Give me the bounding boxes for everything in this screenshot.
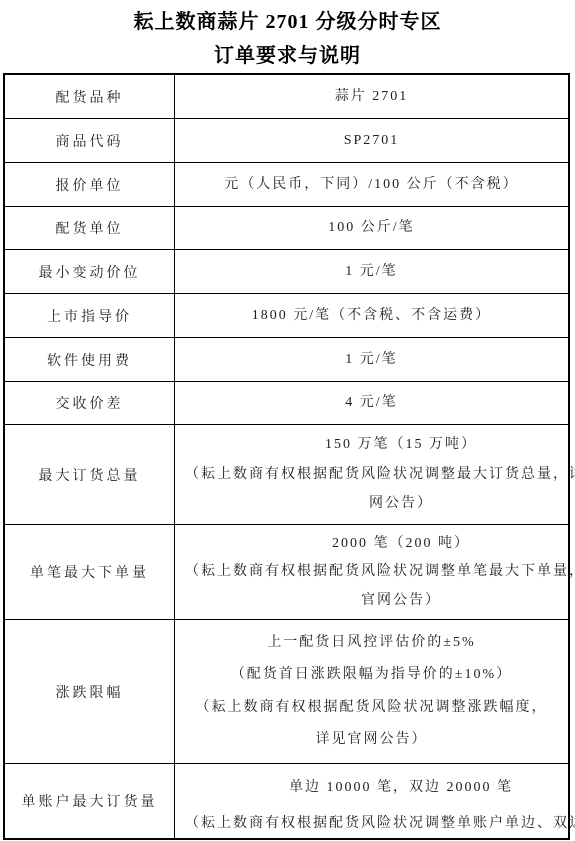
value-line: （配货首日涨跌限幅为指导价的±10%） bbox=[231, 665, 512, 685]
table-row: 软件使用费1 元/笔 bbox=[5, 338, 568, 382]
row-value: 元（人民币，下同）/100 公斤（不含税） bbox=[175, 163, 568, 206]
row-value: 上一配货日风控评估价的±5%（配货首日涨跌限幅为指导价的±10%）（耘上数商有权… bbox=[175, 620, 568, 763]
value-line: 上一配货日风控评估价的±5% bbox=[267, 633, 475, 653]
row-label: 报价单位 bbox=[5, 163, 175, 206]
value-line: 150 万笔（15 万吨） bbox=[325, 435, 477, 455]
row-label: 商品代码 bbox=[5, 119, 175, 162]
value-line: （耘上数商有权根据配货风险状况调整单笔最大下单量，详见 bbox=[185, 562, 575, 582]
value-line: 4 元/笔 bbox=[345, 393, 397, 413]
row-value: SP2701 bbox=[175, 119, 568, 162]
value-line: 100 公斤/笔 bbox=[328, 218, 414, 238]
value-line: 单边 10000 笔，双边 20000 笔 bbox=[289, 778, 513, 798]
table-row: 单账户最大订货量单边 10000 笔，双边 20000 笔（耘上数商有权根据配货… bbox=[5, 764, 568, 838]
value-line: 1 元/笔 bbox=[345, 350, 397, 370]
value-line: 官网公告） bbox=[361, 591, 441, 611]
row-value: 2000 笔（200 吨）（耘上数商有权根据配货风险状况调整单笔最大下单量，详见… bbox=[175, 525, 575, 619]
row-value: 1 元/笔 bbox=[175, 250, 568, 293]
row-label: 最小变动价位 bbox=[5, 250, 175, 293]
row-value: 4 元/笔 bbox=[175, 382, 568, 424]
table-row: 商品代码SP2701 bbox=[5, 119, 568, 163]
row-value: 150 万笔（15 万吨）（耘上数商有权根据配货风险状况调整最大订货总量，详见官… bbox=[175, 425, 575, 524]
value-line: （耘上数商有权根据配货风险状况调整最大订货总量，详见官 bbox=[185, 465, 575, 485]
table-row: 最大订货总量150 万笔（15 万吨）（耘上数商有权根据配货风险状况调整最大订货… bbox=[5, 425, 568, 525]
table-row: 交收价差4 元/笔 bbox=[5, 382, 568, 425]
row-value: 1800 元/笔（不含税、不含运费） bbox=[175, 294, 568, 337]
value-line: 1800 元/笔（不含税、不含运费） bbox=[252, 306, 491, 326]
row-label: 配货品种 bbox=[5, 75, 175, 118]
table-row: 最小变动价位1 元/笔 bbox=[5, 250, 568, 294]
row-value: 1 元/笔 bbox=[175, 338, 568, 381]
row-value: 单边 10000 笔，双边 20000 笔（耘上数商有权根据配货风险状况调整单账… bbox=[175, 764, 575, 838]
row-label: 单账户最大订货量 bbox=[5, 764, 175, 838]
document-page: 耘上数商蒜片 2701 分级分时专区 订单要求与说明 配货品种蒜片 2701商品… bbox=[0, 0, 575, 841]
table-row: 配货单位100 公斤/笔 bbox=[5, 207, 568, 250]
row-label: 软件使用费 bbox=[5, 338, 175, 381]
row-label: 配货单位 bbox=[5, 207, 175, 249]
row-value: 蒜片 2701 bbox=[175, 75, 568, 118]
order-spec-table: 配货品种蒜片 2701商品代码SP2701报价单位元（人民币，下同）/100 公… bbox=[3, 73, 570, 840]
row-value: 100 公斤/笔 bbox=[175, 207, 568, 249]
value-line: 2000 笔（200 吨） bbox=[332, 534, 470, 554]
table-row: 单笔最大下单量2000 笔（200 吨）（耘上数商有权根据配货风险状况调整单笔最… bbox=[5, 525, 568, 620]
row-label: 交收价差 bbox=[5, 382, 175, 424]
value-line: 元（人民币，下同）/100 公斤（不含税） bbox=[224, 175, 518, 195]
row-label: 单笔最大下单量 bbox=[5, 525, 175, 619]
row-label: 最大订货总量 bbox=[5, 425, 175, 524]
value-line: 网公告） bbox=[369, 494, 433, 514]
table-row: 报价单位元（人民币，下同）/100 公斤（不含税） bbox=[5, 163, 568, 207]
value-line: （耘上数商有权根据配货风险状况调整单账户单边、双边最大 bbox=[185, 814, 575, 834]
table-row: 涨跌限幅上一配货日风控评估价的±5%（配货首日涨跌限幅为指导价的±10%）（耘上… bbox=[5, 620, 568, 764]
row-label: 上市指导价 bbox=[5, 294, 175, 337]
table-row: 上市指导价1800 元/笔（不含税、不含运费） bbox=[5, 294, 568, 338]
document-title-line2: 订单要求与说明 bbox=[0, 42, 575, 70]
value-line: 详见官网公告） bbox=[316, 730, 428, 750]
value-line: SP2701 bbox=[344, 131, 400, 151]
document-title-line1: 耘上数商蒜片 2701 分级分时专区 bbox=[0, 8, 575, 36]
value-line: 蒜片 2701 bbox=[335, 87, 409, 107]
table-row: 配货品种蒜片 2701 bbox=[5, 75, 568, 119]
value-line: （耘上数商有权根据配货风险状况调整涨跌幅度， bbox=[196, 698, 548, 718]
value-line: 1 元/笔 bbox=[345, 262, 397, 282]
row-label: 涨跌限幅 bbox=[5, 620, 175, 763]
